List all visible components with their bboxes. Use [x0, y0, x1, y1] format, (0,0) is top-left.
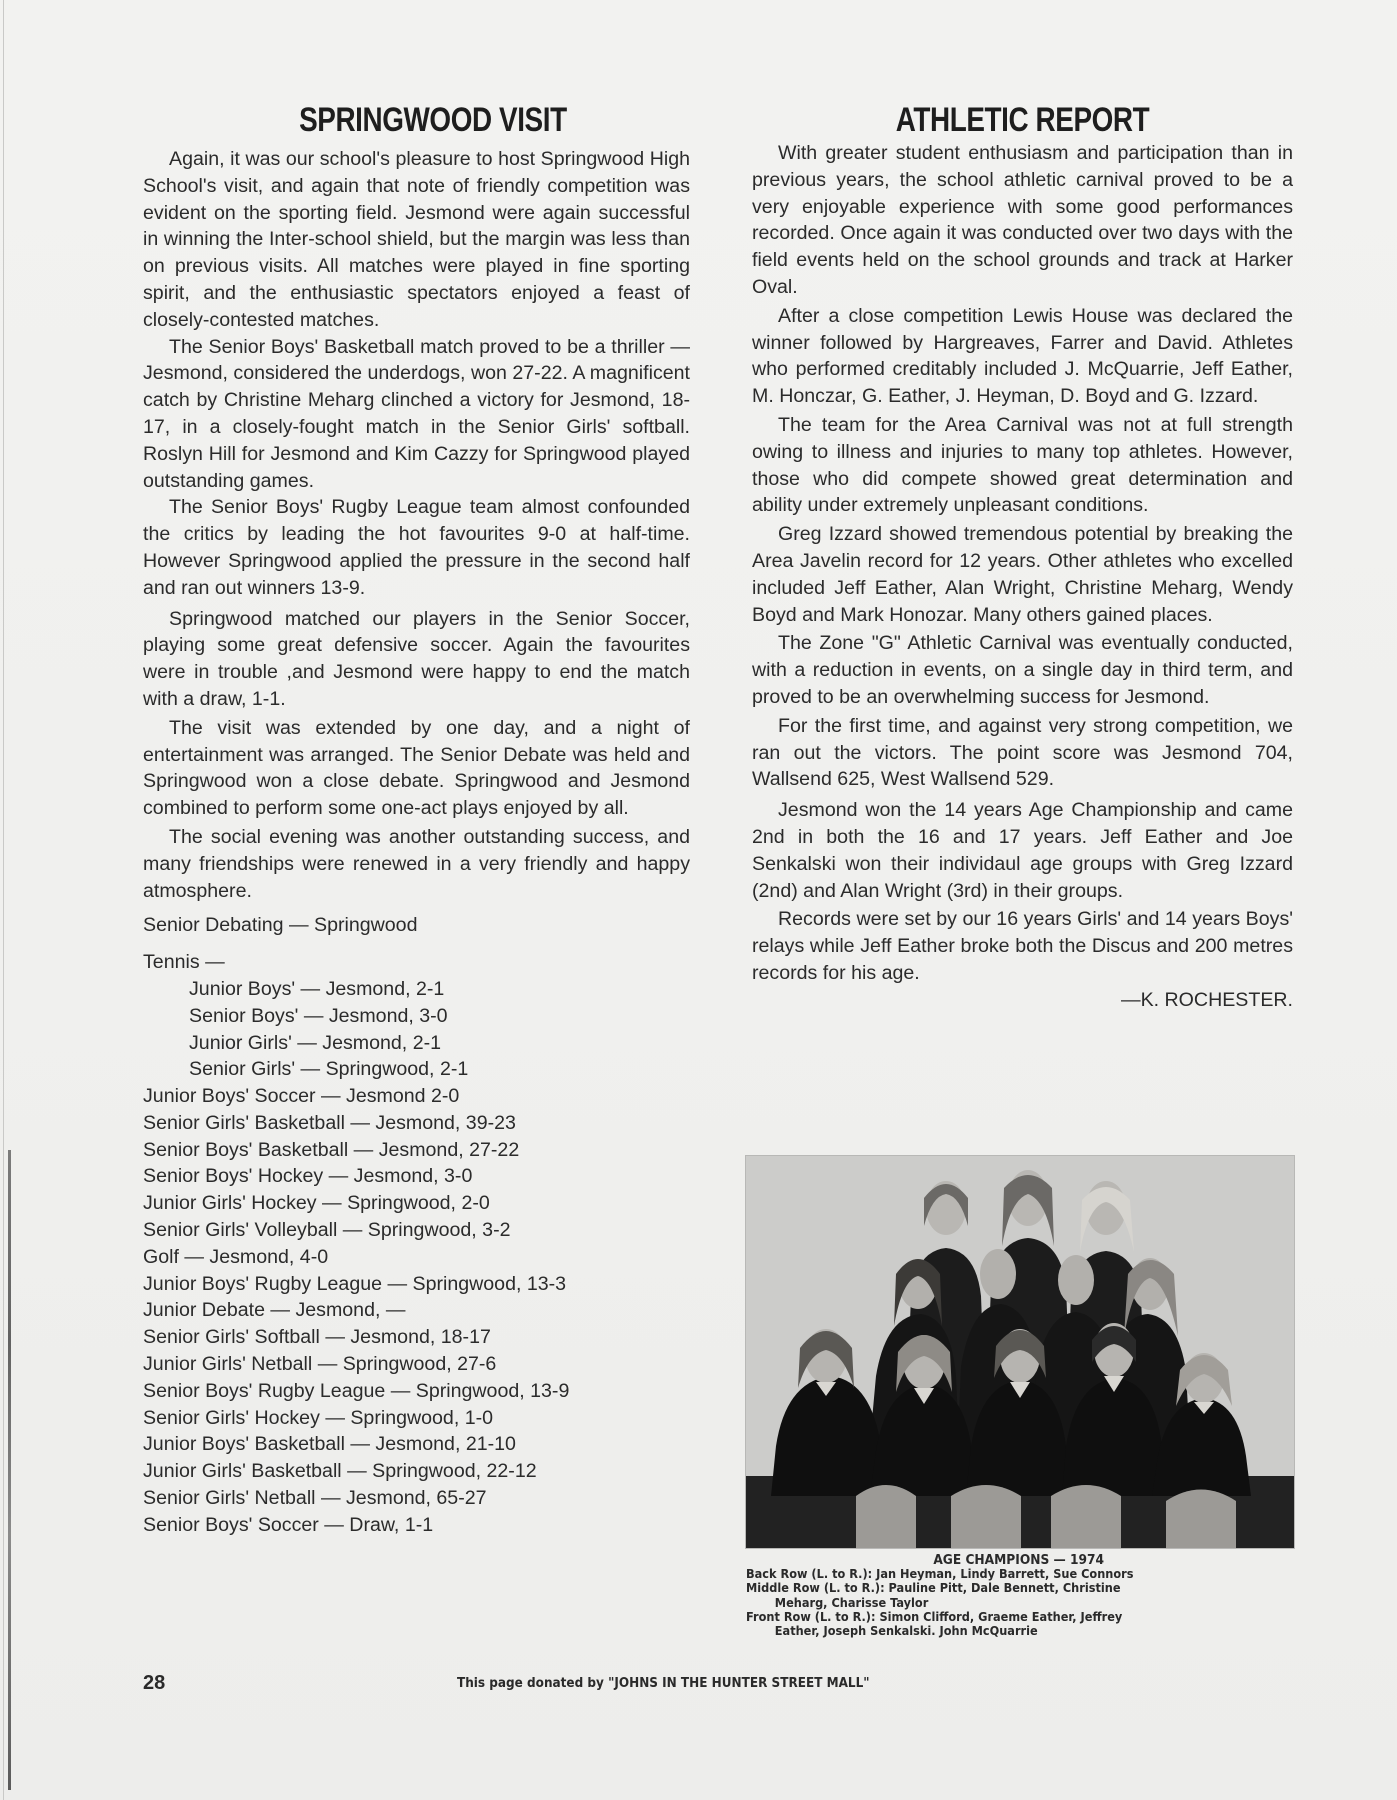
caption-middle-row-cont: Meharg, Charisse Taylor	[746, 1596, 1291, 1610]
results-list: Senior Debating — Springwood Tennis — Ju…	[143, 912, 690, 1538]
caption-middle-row: Middle Row (L. to R.): Pauline Pitt, Dal…	[746, 1581, 1291, 1595]
athletic-report-title: ATHLETIC REPORT	[801, 100, 1245, 140]
caption-back-row: Back Row (L. to R.): Jan Heyman, Lindy B…	[746, 1567, 1291, 1581]
result-line: Senior Girls' Softball — Jesmond, 18-17	[143, 1324, 690, 1351]
caption-front-row-cont: Eather, Joseph Senkalski. John McQuarrie	[746, 1624, 1291, 1638]
athletic-report-article: ATHLETIC REPORT With greater student ent…	[752, 100, 1293, 1014]
article-paragraph: Springwood matched our players in the Se…	[143, 606, 690, 713]
article-paragraph: The social evening was another outstandi…	[143, 824, 690, 904]
result-senior-debating: Senior Debating — Springwood	[143, 912, 690, 939]
yearbook-page: SPRINGWOOD VISIT Again, it was our schoo…	[0, 0, 1397, 1800]
binding-shadow	[8, 1150, 11, 1790]
result-line: Senior Boys' Basketball — Jesmond, 27-22	[143, 1137, 690, 1164]
result-line: Senior Girls' Basketball — Jesmond, 39-2…	[143, 1110, 690, 1137]
article-paragraph: The Senior Boys' Basketball match proved…	[143, 334, 690, 495]
article-paragraph: The Senior Boys' Rugby League team almos…	[143, 494, 690, 601]
tennis-label: Tennis —	[143, 949, 690, 976]
result-line: Junior Boys' Rugby League — Springwood, …	[143, 1271, 690, 1298]
group-photo-illustration	[746, 1156, 1294, 1548]
article-paragraph: The visit was extended by one day, and a…	[143, 715, 690, 822]
result-line: Junior Girls' Netball — Springwood, 27-6	[143, 1351, 690, 1378]
result-line: Senior Girls' Hockey — Springwood, 1-0	[143, 1405, 690, 1432]
tennis-result: Senior Girls' — Springwood, 2-1	[143, 1056, 690, 1083]
result-line: Senior Girls' Volleyball — Springwood, 3…	[143, 1217, 690, 1244]
photo-caption: AGE CHAMPIONS — 1974 Back Row (L. to R.)…	[746, 1553, 1291, 1638]
result-line: Senior Boys' Rugby League — Springwood, …	[143, 1378, 690, 1405]
result-line: Senior Boys' Hockey — Jesmond, 3-0	[143, 1163, 690, 1190]
page-edge	[3, 0, 4, 1800]
result-line: Junior Girls' Basketball — Springwood, 2…	[143, 1458, 690, 1485]
result-line: Golf — Jesmond, 4-0	[143, 1244, 690, 1271]
article-paragraph: The team for the Area Carnival was not a…	[752, 412, 1293, 519]
article-paragraph: The Zone "G" Athletic Carnival was event…	[752, 630, 1293, 710]
result-line: Junior Girls' Hockey — Springwood, 2-0	[143, 1190, 690, 1217]
donor-credit: This page donated by "JOHNS IN THE HUNTE…	[457, 1676, 870, 1691]
tennis-result: Junior Boys' — Jesmond, 2-1	[143, 976, 690, 1003]
page-number: 28	[143, 1672, 165, 1695]
result-line: Junior Boys' Soccer — Jesmond 2-0	[143, 1083, 690, 1110]
result-line: Junior Boys' Basketball — Jesmond, 21-10	[143, 1431, 690, 1458]
caption-title: AGE CHAMPIONS — 1974	[746, 1553, 1291, 1567]
article-paragraph: With greater student enthusiasm and part…	[752, 140, 1293, 301]
article-paragraph: Jesmond won the 14 years Age Championshi…	[752, 797, 1293, 904]
author-signature: —K. ROCHESTER.	[752, 987, 1293, 1014]
tennis-result: Senior Boys' — Jesmond, 3-0	[143, 1003, 690, 1030]
result-line: Junior Debate — Jesmond, —	[143, 1297, 690, 1324]
article-paragraph: For the first time, and against very str…	[752, 713, 1293, 793]
caption-front-row: Front Row (L. to R.): Simon Clifford, Gr…	[746, 1610, 1291, 1624]
springwood-visit-article: SPRINGWOOD VISIT Again, it was our schoo…	[143, 100, 690, 1539]
age-champions-photo	[745, 1155, 1295, 1549]
result-line: Senior Boys' Soccer — Draw, 1-1	[143, 1512, 690, 1539]
tennis-result: Junior Girls' — Jesmond, 2-1	[143, 1030, 690, 1057]
springwood-visit-title: SPRINGWOOD VISIT	[192, 100, 641, 140]
article-paragraph: Greg Izzard showed tremendous potential …	[752, 521, 1293, 628]
article-paragraph: Again, it was our school's pleasure to h…	[143, 146, 690, 334]
result-line: Senior Girls' Netball — Jesmond, 65-27	[143, 1485, 690, 1512]
article-paragraph: After a close competition Lewis House wa…	[752, 303, 1293, 410]
article-paragraph: Records were set by our 16 years Girls' …	[752, 906, 1293, 986]
